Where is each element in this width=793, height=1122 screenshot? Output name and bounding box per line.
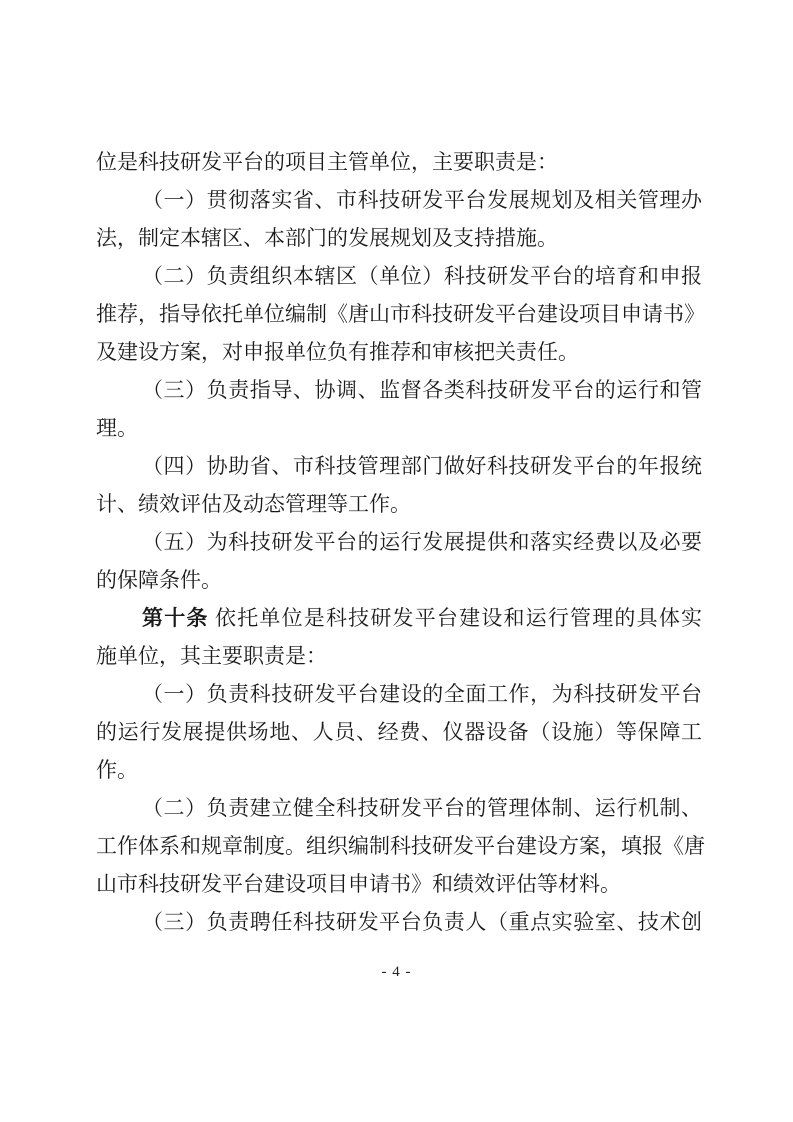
text-line: 第十条 依托单位是科技研发平台建设和运行管理的具体实 — [96, 599, 702, 637]
document-body: 位是科技研发平台的项目主管单位，主要职责是：（一）贯彻落实省、市科技研发平台发展… — [96, 143, 702, 941]
text-line: 及建设方案，对申报单位负有推荐和审核把关责任。 — [96, 333, 702, 371]
text-line: 法，制定本辖区、本部门的发展规划及支持措施。 — [96, 219, 702, 257]
text-line: 计、绩效评估及动态管理等工作。 — [96, 485, 702, 523]
text-line: 施单位，其主要职责是： — [96, 637, 702, 675]
text-line: （五）为科技研发平台的运行发展提供和落实经费以及必要 — [96, 523, 702, 561]
text-line: （四）协助省、市科技管理部门做好科技研发平台的年报统 — [96, 447, 702, 485]
text-line: 的保障条件。 — [96, 561, 702, 599]
text-line: （三）负责指导、协调、监督各类科技研发平台的运行和管 — [96, 371, 702, 409]
text-line: （二）负责组织本辖区（单位）科技研发平台的培育和申报 — [96, 257, 702, 295]
text-line: （三）负责聘任科技研发平台负责人（重点实验室、技术创 — [96, 903, 702, 941]
text-line: 位是科技研发平台的项目主管单位，主要职责是： — [96, 143, 702, 181]
text-line: （一）负责科技研发平台建设的全面工作，为科技研发平台 — [96, 675, 702, 713]
page-number: - 4 - — [0, 964, 793, 981]
text-line: 推荐，指导依托单位编制《唐山市科技研发平台建设项目申请书》 — [96, 295, 702, 333]
text-line: 工作体系和规章制度。组织编制科技研发平台建设方案，填报《唐 — [96, 827, 702, 865]
text-line: 的运行发展提供场地、人员、经费、仪器设备（设施）等保障工 — [96, 713, 702, 751]
text-line: （二）负责建立健全科技研发平台的管理体制、运行机制、 — [96, 789, 702, 827]
document-page: 位是科技研发平台的项目主管单位，主要职责是：（一）贯彻落实省、市科技研发平台发展… — [0, 0, 793, 1122]
text-line: 山市科技研发平台建设项目申请书》和绩效评估等材料。 — [96, 865, 702, 903]
text-line: 作。 — [96, 751, 702, 789]
text-line: 理。 — [96, 409, 702, 447]
article-number-bold: 第十条 — [142, 606, 209, 630]
text-line: （一）贯彻落实省、市科技研发平台发展规划及相关管理办 — [96, 181, 702, 219]
